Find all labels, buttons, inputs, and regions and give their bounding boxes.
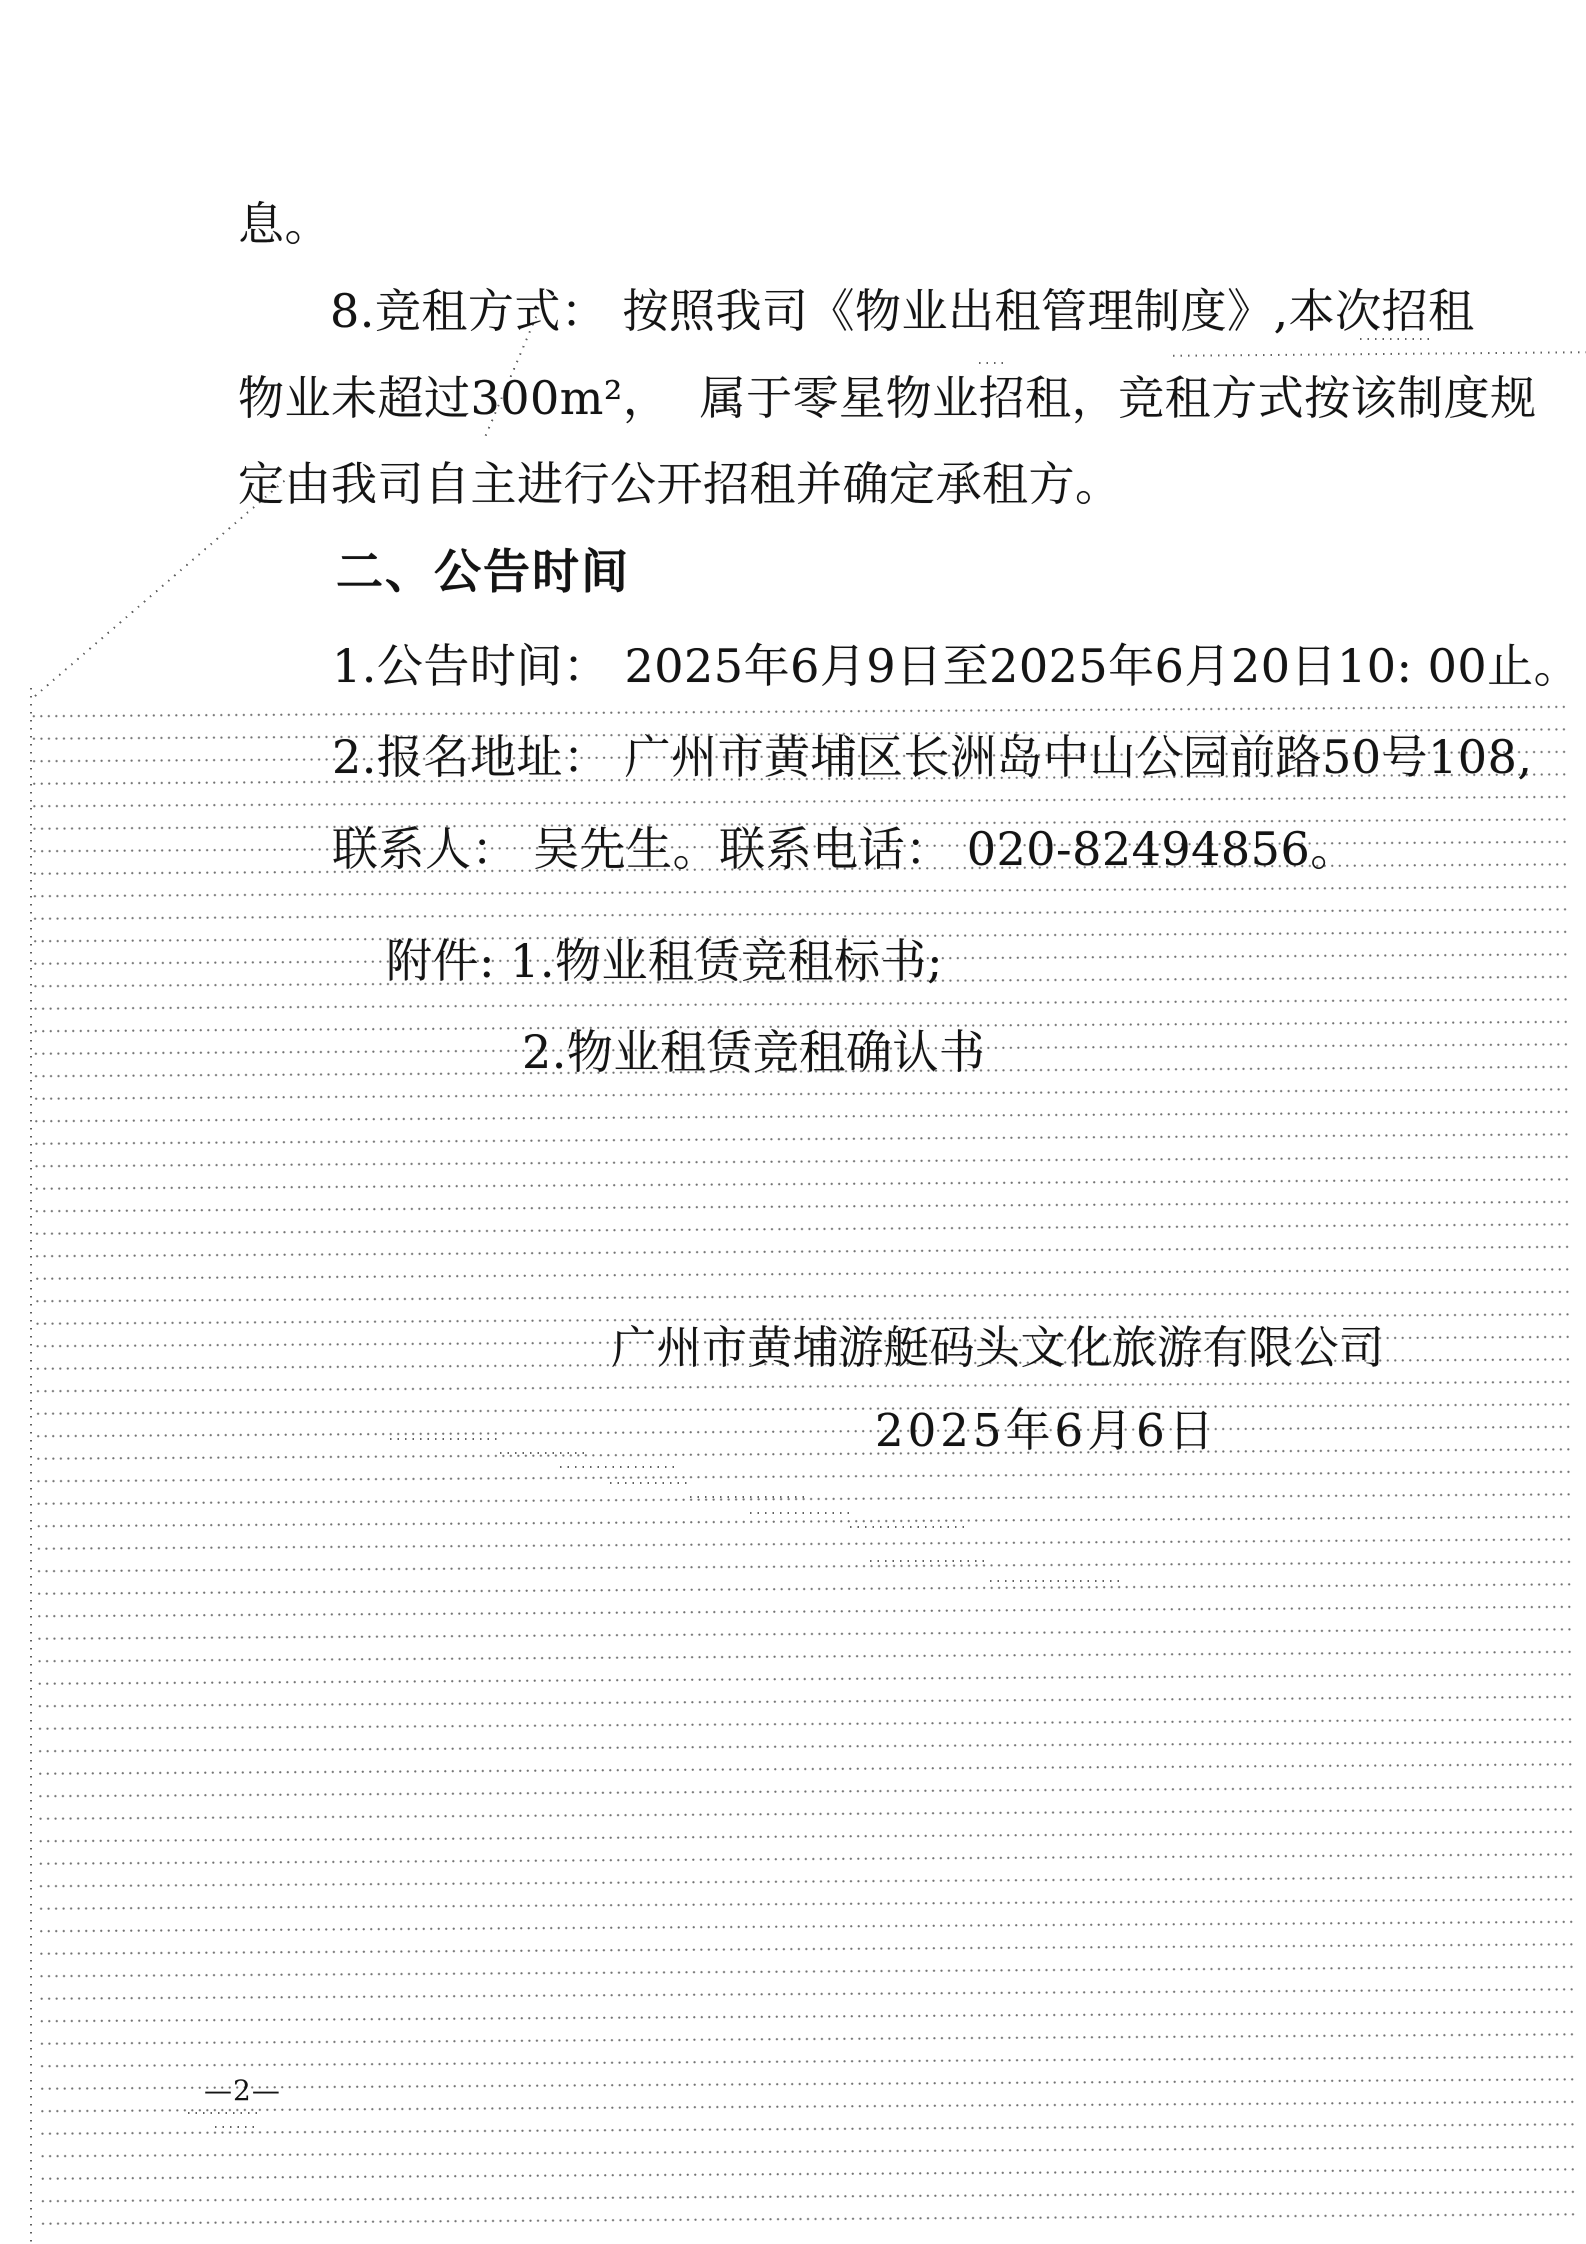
registration-address-item: 2.报名地址： 广州市黄埔区长洲岛中山公园前路50号108, bbox=[332, 731, 1532, 784]
paragraph-continuation-text: 息。 bbox=[238, 198, 331, 251]
dotted-stair-segment bbox=[870, 1560, 990, 1562]
document-page: 息。 8.竞租方式： 按照我司《物业出租管理制度》,本次招租 物业未超过300m… bbox=[0, 0, 1586, 2244]
dotted-stair-segment bbox=[850, 1526, 970, 1528]
clause-8-line-2: 物业未超过300m²， 属于零星物业招租，竞租方式按该制度规 bbox=[238, 372, 1537, 425]
dotted-stair-segment bbox=[990, 1580, 1120, 1582]
section-2-heading: 二、公告时间 bbox=[336, 546, 630, 600]
dotted-stair-segment bbox=[188, 2112, 258, 2114]
left-margin-dotted-line bbox=[30, 688, 32, 2244]
page-number: —2— bbox=[204, 2074, 281, 2107]
attachments-line-2: 2.物业租赁竞租确认书 bbox=[522, 1026, 985, 1079]
dotted-fragment-right-2 bbox=[1360, 338, 1430, 340]
dotted-stair-segment bbox=[215, 2126, 260, 2128]
dotted-stair-segment bbox=[690, 1496, 810, 1498]
dotted-background-pattern bbox=[30, 696, 1575, 2244]
dotted-fragment-right-1 bbox=[1173, 351, 1586, 357]
contact-info-line: 联系人： 吴先生。联系电话： 020-82494856。 bbox=[332, 823, 1357, 876]
dotted-stair-segment bbox=[390, 1438, 500, 1440]
dotted-stair-segment bbox=[610, 1482, 690, 1484]
signature-date: 2025年6月6日 bbox=[875, 1405, 1218, 1457]
dotted-stair-segment bbox=[560, 1466, 680, 1468]
announcement-time-item: 1.公告时间： 2025年6月9日至2025年6月20日10: 00止。 bbox=[332, 640, 1580, 693]
clause-8-line-3: 定由我司自主进行公开招租并确定承租方。 bbox=[238, 458, 1122, 511]
dotted-fragment-right-3 bbox=[979, 362, 1009, 364]
attachments-line-1: 附件: 1.物业租赁竞租标书; bbox=[386, 935, 943, 988]
dotted-stair-segment bbox=[750, 1512, 850, 1514]
company-signature: 广州市黄埔游艇码头文化旅游有限公司 bbox=[611, 1322, 1385, 1374]
clause-8-line-1: 8.竞租方式： 按照我司《物业出租管理制度》,本次招租 bbox=[330, 285, 1475, 338]
dotted-stair-segment bbox=[500, 1452, 590, 1454]
